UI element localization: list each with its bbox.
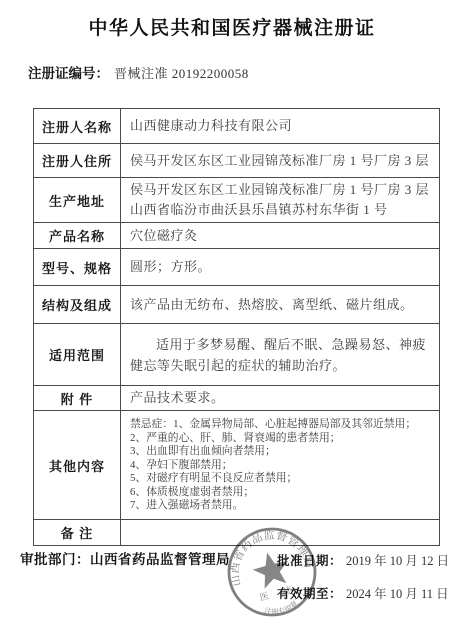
expiry-date-value: 2024 年 10 月 11 日: [346, 587, 449, 601]
expiry-date-label: 有效期至：: [277, 587, 342, 601]
registration-number-label: 注册证编号：: [28, 66, 109, 81]
expiry-date-line: 有效期至：2024 年 10 月 11 日: [277, 584, 449, 602]
certificate-page: 中华人民共和国医疗器械注册证 注册证编号：晋械注准 20192200058 注册…: [0, 0, 464, 627]
row-value: 该产品由无纺布、热熔胶、离型纸、磁片组成。: [121, 286, 440, 324]
table-row: 注册人名称 山西健康动力科技有限公司: [34, 109, 440, 144]
row-value: 禁忌症：1、金属异物局部、心脏起搏器局部及其邻近禁用； 2、严重的心、肝、肺、肾…: [121, 411, 440, 520]
row-value: 侯马开发区东区工业园锦茂标准厂房 1 号厂房 3 层: [121, 144, 440, 178]
approve-date-value: 2019 年 10 月 12 日: [346, 554, 449, 568]
table-row: 生产地址 侯马开发区东区工业园锦茂标准厂房 1 号厂房 3 层 山西省临汾市曲沃…: [34, 178, 440, 223]
row-label: 适用范围: [34, 324, 121, 386]
row-value: 侯马开发区东区工业园锦茂标准厂房 1 号厂房 3 层 山西省临汾市曲沃县乐昌镇苏…: [121, 178, 440, 223]
table-row: 适用范围 适用于多梦易醒、醒后不眠、急躁易怒、神疲健忘等失眠引起的症状的辅助治疗…: [34, 324, 440, 386]
approve-date-label: 批准日期：: [277, 554, 342, 568]
row-value: [121, 520, 440, 546]
approval-department-line: 审批部门：山西省药品监督管理局: [20, 548, 230, 568]
row-value: 圆形；方形。: [121, 249, 440, 286]
row-value: 穴位磁疗灸: [121, 223, 440, 249]
row-label: 注册人名称: [34, 109, 121, 144]
row-label: 其他内容: [34, 411, 121, 520]
table-row: 型号、规格 圆形；方形。: [34, 249, 440, 286]
row-label: 型号、规格: [34, 249, 121, 286]
row-label: 备 注: [34, 520, 121, 546]
page-title: 中华人民共和国医疗器械注册证: [0, 13, 464, 40]
table-row: 结构及组成 该产品由无纺布、热熔胶、离型纸、磁片组成。: [34, 286, 440, 324]
approval-department-value: 山西省药品监督管理局: [90, 552, 230, 567]
table-row: 备 注: [34, 520, 440, 546]
approve-date-line: 批准日期：2019 年 10 月 12 日: [277, 551, 449, 569]
row-value: 产品技术要求。: [121, 386, 440, 411]
registration-number-value: 晋械注准 20192200058: [114, 66, 249, 81]
approval-department-label: 审批部门：: [20, 552, 90, 567]
row-label: 附 件: [34, 386, 121, 411]
row-label: 产品名称: [34, 223, 121, 249]
row-value: 山西健康动力科技有限公司: [121, 109, 440, 144]
table-row: 产品名称 穴位磁疗灸: [34, 223, 440, 249]
table-row: 其他内容 禁忌症：1、金属异物局部、心脏起搏器局部及其邻近禁用； 2、严重的心、…: [34, 411, 440, 520]
registration-number-line: 注册证编号：晋械注准 20192200058: [28, 62, 249, 82]
certificate-table: 注册人名称 山西健康动力科技有限公司 注册人住所 侯马开发区东区工业园锦茂标准厂…: [33, 108, 440, 546]
row-label: 结构及组成: [34, 286, 121, 324]
row-label: 生产地址: [34, 178, 121, 223]
table-row: 注册人住所 侯马开发区东区工业园锦茂标准厂房 1 号厂房 3 层: [34, 144, 440, 178]
table-row: 附 件 产品技术要求。: [34, 386, 440, 411]
row-value: 适用于多梦易醒、醒后不眠、急躁易怒、神疲健忘等失眠引起的症状的辅助治疗。: [121, 324, 440, 386]
row-label: 注册人住所: [34, 144, 121, 178]
